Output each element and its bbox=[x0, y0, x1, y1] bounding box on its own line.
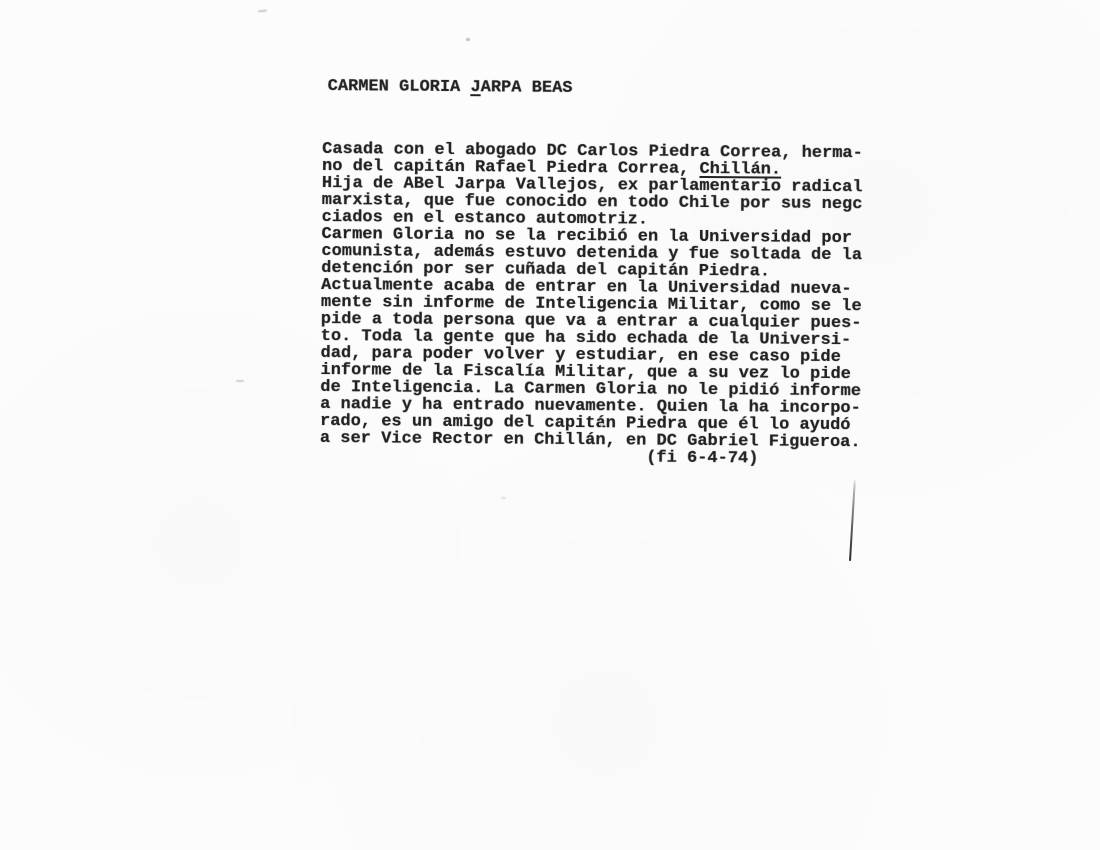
text-segment: CARMEN GLORIA bbox=[328, 77, 471, 97]
underlined-text: J bbox=[470, 78, 480, 97]
document-title: CARMEN GLORIA JARPA BEAS bbox=[323, 78, 864, 99]
text-segment: (fi 6-4-74) bbox=[320, 446, 759, 468]
scan-speck bbox=[466, 38, 470, 41]
text-segment: ARPA BEAS bbox=[481, 78, 573, 98]
scanned-document-page: CARMEN GLORIA JARPA BEAS Casada con el a… bbox=[0, 0, 1100, 850]
typewritten-text-block: CARMEN GLORIA JARPA BEAS Casada con el a… bbox=[319, 44, 863, 502]
scan-speck bbox=[258, 10, 267, 13]
scan-speck bbox=[236, 380, 244, 382]
document-body: Casada con el abogado DC Carlos Piedra C… bbox=[320, 141, 863, 468]
